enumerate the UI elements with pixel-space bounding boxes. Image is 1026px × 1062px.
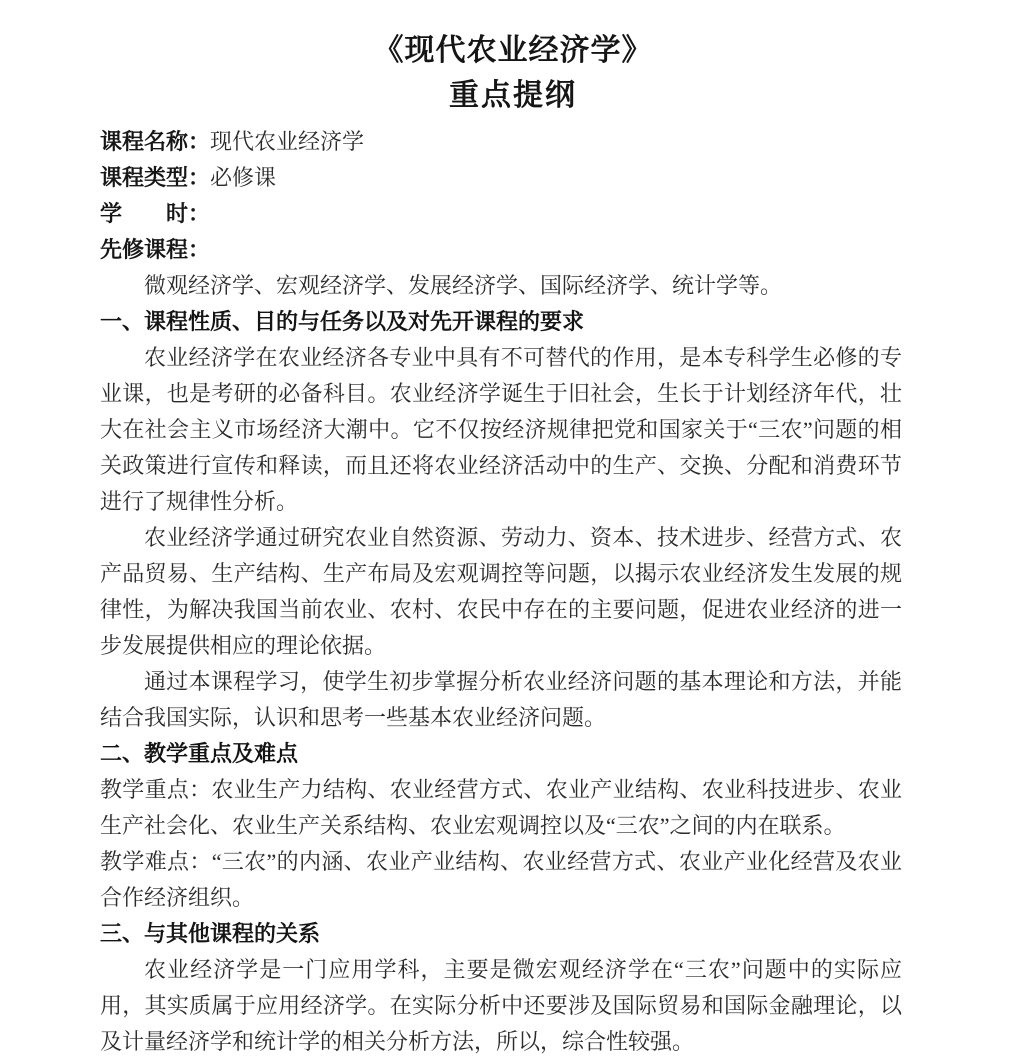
document-body: 课程名称：现代农业经济学 课程类型：必修课 学 时： 先修课程： 微观经济学、宏…: [0, 124, 1026, 1060]
course-name-value: 现代农业经济学: [210, 129, 364, 154]
prerequisites-list: 微观经济学、宏观经济学、发展经济学、国际经济学、统计学等。: [100, 268, 902, 304]
course-type-value: 必修课: [210, 165, 276, 190]
course-hours-line: 学 时：: [100, 196, 902, 232]
document-page: 《现代农业经济学》 重点提纲 课程名称：现代农业经济学 课程类型：必修课 学 时…: [0, 0, 1026, 1062]
document-title: 《现代农业经济学》: [0, 28, 1026, 73]
course-type-line: 课程类型：必修课: [100, 160, 902, 196]
course-name-line: 课程名称：现代农业经济学: [100, 124, 902, 160]
section-1-heading: 一、课程性质、目的与任务以及对先开课程的要求: [100, 304, 902, 340]
prerequisite-courses-line: 先修课程：: [100, 232, 902, 268]
section-1-paragraph-1: 农业经济学在农业经济各专业中具有不可替代的作用，是本专科学生必修的专业课，也是考…: [100, 340, 902, 520]
teaching-difficult-points: 教学难点：“三农”的内涵、农业产业结构、农业经营方式、农业产业化经营及农业合作经…: [100, 844, 902, 916]
section-3-paragraph-1: 农业经济学是一门应用学科，主要是微宏观经济学在“三农”问题中的实际应用，其实质属…: [100, 952, 902, 1060]
section-1-paragraph-3: 通过本课程学习，使学生初步掌握分析农业经济问题的基本理论和方法，并能结合我国实际…: [100, 664, 902, 736]
title-block: 《现代农业经济学》 重点提纲: [0, 0, 1026, 118]
prerequisite-courses-label: 先修课程：: [100, 237, 210, 262]
section-1-paragraph-2: 农业经济学通过研究农业自然资源、劳动力、资本、技术进步、经营方式、农产品贸易、生…: [100, 520, 902, 664]
course-name-label: 课程名称：: [100, 129, 210, 154]
section-2-heading: 二、教学重点及难点: [100, 736, 902, 772]
course-hours-label: 学 时：: [100, 201, 210, 226]
document-subtitle: 重点提纲: [0, 73, 1026, 118]
teaching-key-points: 教学重点：农业生产力结构、农业经营方式、农业产业结构、农业科技进步、农业生产社会…: [100, 772, 902, 844]
section-3-heading: 三、与其他课程的关系: [100, 916, 902, 952]
course-type-label: 课程类型：: [100, 165, 210, 190]
